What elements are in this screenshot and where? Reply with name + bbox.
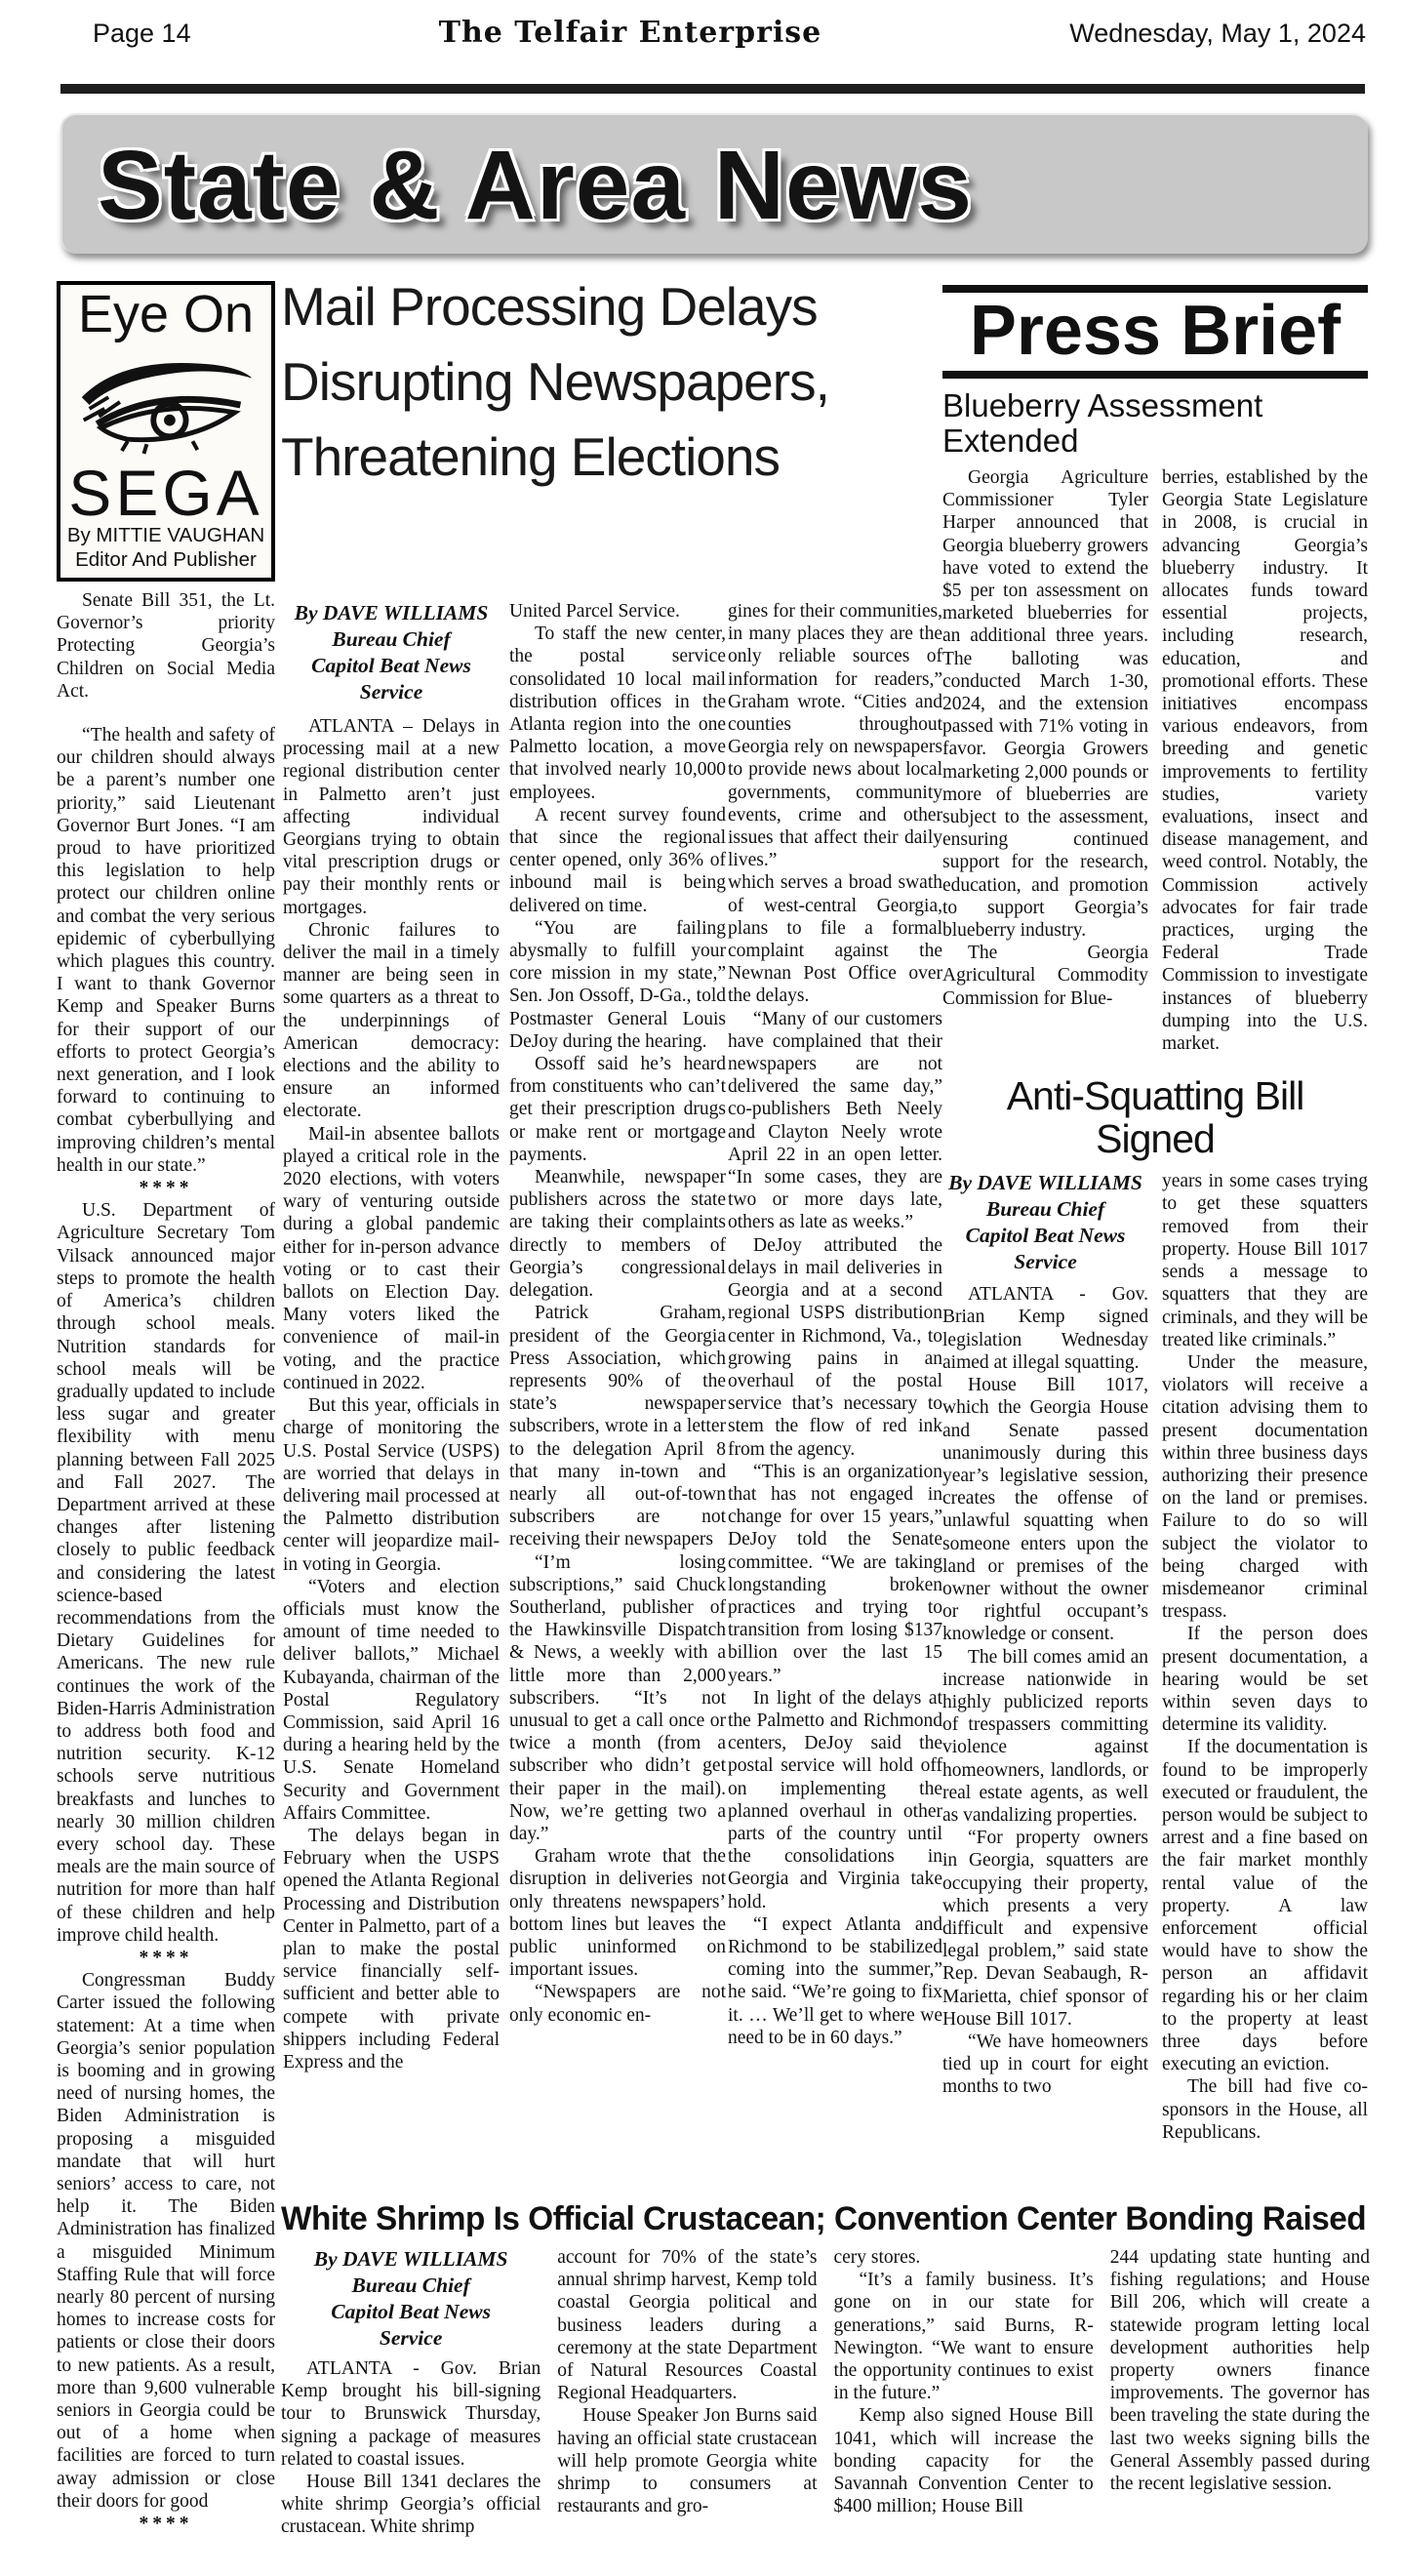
- masthead: Page 14 The Telfair Enterprise Wednesday…: [93, 16, 1366, 50]
- paragraph: “For property owners in Georgia, squatte…: [942, 1827, 1148, 2031]
- press-brief-column-1: Georgia Agriculture Commissioner Tyler H…: [942, 466, 1148, 1055]
- eye-on-author: By MITTIE VAUGHAN: [64, 523, 267, 547]
- paragraph: “You are failing abysmally to fulfill yo…: [509, 917, 726, 1053]
- paragraph: Under the measure, violators will receiv…: [1162, 1351, 1368, 1623]
- paragraph: In light of the delays at the Palmetto a…: [728, 1687, 942, 1913]
- paragraph: Service: [942, 1249, 1148, 1275]
- anti-squatting-column-1: By DAVE WILLIAMSBureau ChiefCapitol Beat…: [942, 1170, 1148, 2144]
- paragraph: By DAVE WILLIAMS: [942, 1170, 1148, 1196]
- paragraph: Kemp also signed House Bill 1041, which …: [834, 2404, 1094, 2517]
- paragraph: “We have homeowners tied up in court for…: [942, 2031, 1148, 2099]
- shrimp-column-1-text: ATLANTA - Gov. Brian Kemp brought his bi…: [281, 2357, 541, 2539]
- right-rail: Press Brief Blueberry Assessment Extende…: [942, 285, 1368, 2163]
- paragraph: Service: [283, 679, 500, 705]
- paragraph: berries, established by the Georgia Stat…: [1162, 466, 1368, 1055]
- paragraph: which serves a broad swath of west-centr…: [728, 871, 942, 1007]
- paragraph: 244 updating state hunting and fishing r…: [1110, 2246, 1370, 2495]
- masthead-rule: [60, 84, 1365, 94]
- eye-on-author-role: Editor And Publisher: [64, 547, 267, 572]
- paragraph: DeJoy attributed the delays in mail deli…: [728, 1234, 942, 1461]
- paragraph: House Speaker Jon Burns said having an o…: [557, 2404, 817, 2517]
- section-separator: ****: [57, 1947, 275, 1969]
- shrimp-column-4: 244 updating state hunting and fishing r…: [1110, 2246, 1370, 2539]
- paragraph: Capitol Beat News: [942, 1223, 1148, 1249]
- paragraph: Patrick Graham, president of the Georgia…: [509, 1302, 726, 1550]
- paragraph: “Voters and election officials must know…: [283, 1576, 500, 1825]
- paragraph: The Georgia Agricultural Commodity Commi…: [942, 942, 1148, 1010]
- shrimp-byline: By DAVE WILLIAMSBureau ChiefCapitol Beat…: [281, 2246, 541, 2352]
- mail-article-column-1: By DAVE WILLIAMSBureau ChiefCapitol Beat…: [283, 600, 500, 2208]
- paragraph: Georgia Agriculture Commissioner Tyler H…: [942, 466, 1148, 942]
- paragraph: House Bill 1341 declares the white shrim…: [281, 2471, 541, 2539]
- paragraph: By DAVE WILLIAMS: [283, 600, 500, 626]
- paragraph: “This is an organization that has not en…: [728, 1461, 942, 1687]
- paragraph: Service: [281, 2325, 541, 2352]
- section-separator: ****: [57, 1177, 275, 1199]
- paragraph: ATLANTA - Gov. Brian Kemp signed legisla…: [942, 1283, 1148, 1374]
- paragraph: Mail Processing Delays: [281, 269, 956, 344]
- anti-squatting-columns: By DAVE WILLIAMSBureau ChiefCapitol Beat…: [942, 1170, 1368, 2144]
- mail-article-headline: Mail Processing DelaysDisrupting Newspap…: [281, 269, 956, 495]
- press-brief-columns: Georgia Agriculture Commissioner Tyler H…: [942, 466, 1368, 1055]
- paragraph: ATLANTA - Gov. Brian Kemp brought his bi…: [281, 2357, 541, 2471]
- anti-squatting-byline: By DAVE WILLIAMSBureau ChiefCapitol Beat…: [942, 1170, 1148, 1275]
- paragraph: If the person does present documentation…: [1162, 1623, 1368, 1736]
- paragraph: cery stores.: [834, 2246, 1094, 2269]
- press-brief-title: Press Brief: [942, 295, 1368, 367]
- section-separator: ****: [57, 2513, 275, 2535]
- sega-logo: SEGA: [64, 463, 267, 523]
- paragraph: A recent survey found that since the reg…: [509, 804, 726, 917]
- paragraph: By DAVE WILLIAMS: [281, 2246, 541, 2273]
- paragraph: Bureau Chief: [283, 626, 500, 653]
- page-number: Page 14: [93, 19, 191, 49]
- paragraph: “I’m losing subscriptions,” said Chuck S…: [509, 1551, 726, 1846]
- paragraph: Chronic failures to deliver the mail in …: [283, 919, 500, 1123]
- press-brief-bottom-rule: [942, 371, 1368, 379]
- press-brief-column-2: berries, established by the Georgia Stat…: [1162, 466, 1368, 1055]
- mail-article-column-3: gines for their communities, in many pla…: [728, 600, 942, 2208]
- paragraph: Bureau Chief: [942, 1196, 1148, 1223]
- paragraph: The delays began in February when the US…: [283, 1825, 500, 2073]
- paragraph: Senate Bill 351, the Lt. Governor’s prio…: [57, 589, 275, 703]
- paragraph: Meanwhile, newspaper publishers across t…: [509, 1166, 726, 1302]
- paragraph: House Bill 1017, which the Georgia House…: [942, 1374, 1148, 1645]
- paragraph: Congressman Buddy Carter issued the foll…: [57, 1969, 275, 2513]
- paragraph: gines for their communities, in many pla…: [728, 600, 942, 871]
- newspaper-page: { "masthead": { "page_label": "Page 14",…: [0, 0, 1402, 2576]
- paragraph: “Newspapers are not only economic en-: [509, 1981, 726, 2026]
- paragraph: Ossoff said he’s heard from constituents…: [509, 1053, 726, 1166]
- paragraph: Disrupting Newspapers,: [281, 344, 956, 420]
- mail-article-column-1-text: ATLANTA – Delays in processing mail at a…: [283, 715, 500, 2073]
- paragraph: Graham wrote that the disruption in deli…: [509, 1845, 726, 1981]
- eye-on-sega-box: Eye On SEGA By MITTIE VAUGHAN Editor And…: [57, 281, 275, 582]
- paragraph: Capitol Beat News: [283, 653, 500, 679]
- paragraph: years in some cases trying to get these …: [1162, 1170, 1368, 1351]
- paragraph: The bill had five co-sponsors in the Hou…: [1162, 2075, 1368, 2144]
- press-brief-subhead: Blueberry Assessment Extended: [942, 388, 1368, 459]
- paragraph: “It’s a family business. It’s gone on in…: [834, 2269, 1094, 2404]
- paragraph: “The health and safety of our children s…: [57, 724, 275, 1177]
- shrimp-article-headline: White Shrimp Is Official Crustacean; Con…: [281, 2199, 1348, 2238]
- section-banner: State & Area News: [60, 113, 1368, 254]
- paragraph: “I expect Atlanta and Richmond to be sta…: [728, 1913, 942, 2049]
- issue-date: Wednesday, May 1, 2024: [1069, 19, 1366, 49]
- eye-on-title: Eye On: [64, 285, 267, 343]
- paragraph: Threatening Elections: [281, 420, 956, 495]
- paragraph: account for 70% of the state’s annual sh…: [557, 2246, 817, 2404]
- mail-article-column-2: United Parcel Service.To staff the new c…: [509, 600, 726, 2208]
- anti-squatting-column-1-text: ATLANTA - Gov. Brian Kemp signed legisla…: [942, 1283, 1148, 2098]
- paragraph: Capitol Beat News: [281, 2299, 541, 2325]
- paragraph: If the documentation is found to be impr…: [1162, 1736, 1368, 2075]
- mail-article-byline: By DAVE WILLIAMSBureau ChiefCapitol Beat…: [283, 600, 500, 705]
- shrimp-column-3: cery stores.“It’s a family business. It’…: [834, 2246, 1094, 2539]
- shrimp-column-1: By DAVE WILLIAMSBureau ChiefCapitol Beat…: [281, 2246, 541, 2539]
- eye-on-body-text: Senate Bill 351, the Lt. Governor’s prio…: [57, 589, 275, 2535]
- shrimp-column-2: account for 70% of the state’s annual sh…: [557, 2246, 817, 2539]
- eye-on-sega-column: Eye On SEGA By MITTIE VAUGHAN Editor And…: [57, 281, 275, 2535]
- anti-squatting-column-2: years in some cases trying to get these …: [1162, 1170, 1368, 2144]
- paragraph: U.S. Department of Agriculture Secretary…: [57, 1199, 275, 1947]
- paper-title: The Telfair Enterprise: [439, 16, 822, 50]
- paragraph: “Many of our customers have complained t…: [728, 1008, 942, 1234]
- paragraph: But this year, officials in charge of mo…: [283, 1394, 500, 1576]
- paragraph: The bill comes amid an increase nationwi…: [942, 1646, 1148, 1828]
- shrimp-article: White Shrimp Is Official Crustacean; Con…: [281, 2199, 1370, 2572]
- paragraph: Mail-in absentee ballots played a critic…: [283, 1123, 500, 1394]
- section-title: State & Area News: [62, 115, 1368, 248]
- paragraph: ATLANTA – Delays in processing mail at a…: [283, 715, 500, 919]
- shrimp-article-columns: By DAVE WILLIAMSBureau ChiefCapitol Beat…: [281, 2246, 1370, 2539]
- paragraph: Bureau Chief: [281, 2273, 541, 2299]
- paragraph: United Parcel Service.: [509, 600, 726, 623]
- eye-illustration: [70, 345, 261, 461]
- paragraph: To staff the new center, the postal serv…: [509, 623, 726, 804]
- anti-squatting-headline: Anti-Squatting Bill Signed: [942, 1074, 1368, 1160]
